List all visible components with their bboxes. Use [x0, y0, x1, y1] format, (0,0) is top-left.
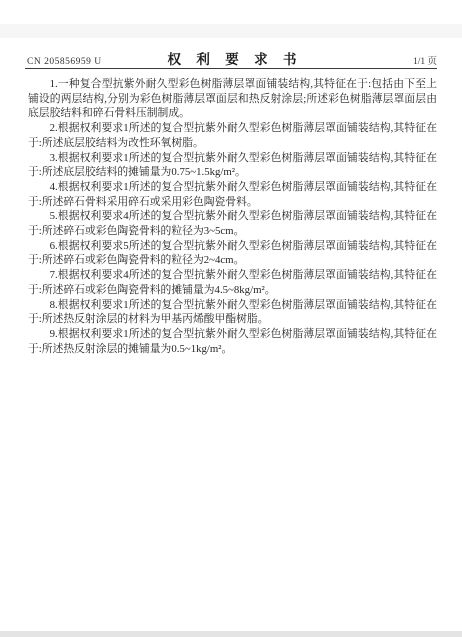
claim-paragraph-9: 9.根据权利要求1所述的复合型抗紫外耐久型彩色树脂薄层罩面铺装结构,其特征在于:…: [28, 327, 437, 356]
page-header: CN 205856959 U 权 利 要 求 书 1/1 页: [27, 48, 437, 66]
claim-paragraph-2: 2.根据权利要求1所述的复合型抗紫外耐久型彩色树脂薄层罩面铺装结构,其特征在于:…: [28, 121, 437, 150]
claim-paragraph-7: 7.根据权利要求4所述的复合型抗紫外耐久型彩色树脂薄层罩面铺装结构,其特征在于:…: [28, 268, 437, 297]
claim-paragraph-6: 6.根据权利要求5所述的复合型抗紫外耐久型彩色树脂薄层罩面铺装结构,其特征在于:…: [28, 239, 437, 268]
page-number: 1/1 页: [317, 53, 437, 67]
scan-edge-strip: [0, 631, 462, 637]
claim-paragraph-1: 1.一种复合型抗紫外耐久型彩色树脂薄层罩面铺装结构,其特征在于:包括由下至上铺设…: [28, 77, 437, 121]
patent-claims-page: CN 205856959 U 权 利 要 求 书 1/1 页 1.一种复合型抗紫…: [0, 0, 462, 637]
header-divider: [25, 68, 437, 69]
publication-number: CN 205856959 U: [27, 57, 147, 67]
page-title: 权 利 要 求 书: [147, 48, 317, 68]
claim-paragraph-4: 4.根据权利要求1所述的复合型抗紫外耐久型彩色树脂薄层罩面铺装结构,其特征在于:…: [28, 180, 437, 209]
claim-paragraph-3: 3.根据权利要求1所述的复合型抗紫外耐久型彩色树脂薄层罩面铺装结构,其特征在于:…: [28, 151, 437, 180]
claim-paragraph-8: 8.根据权利要求1所述的复合型抗紫外耐久型彩色树脂薄层罩面铺装结构,其特征在于:…: [28, 298, 437, 327]
claims-section: 1.一种复合型抗紫外耐久型彩色树脂薄层罩面铺装结构,其特征在于:包括由下至上铺设…: [28, 77, 437, 356]
claim-paragraph-5: 5.根据权利要求4所述的复合型抗紫外耐久型彩色树脂薄层罩面铺装结构,其特征在于:…: [28, 209, 437, 238]
scan-artifact-band: [0, 24, 462, 38]
